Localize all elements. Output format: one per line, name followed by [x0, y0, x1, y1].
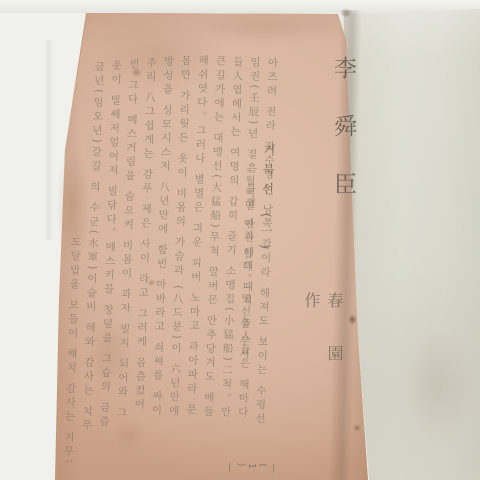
photo-of-open-book: { "book": { "title_vertical": "李舜臣", "au…	[0, 0, 480, 480]
page-number: —( 1 )—	[224, 462, 279, 480]
background-top-strip	[0, 0, 480, 13]
body-text-block: 거북선 (一) 二월이면 아직 칩다。「병선을 무서 아즈려 전라 좌수영의 남…	[56, 46, 298, 470]
background-crease	[44, 40, 54, 240]
